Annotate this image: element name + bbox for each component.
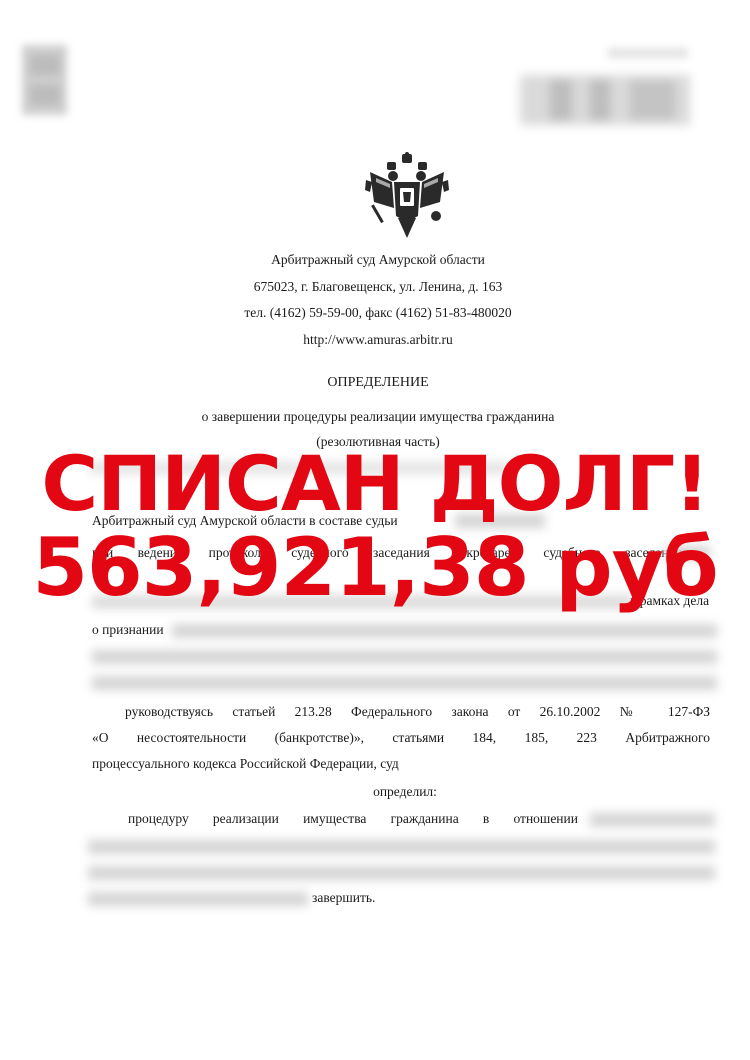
decision-line-start: процедуру реализации имущества гражданин… (128, 811, 578, 827)
debt-written-off-headline: СПИСАН ДОЛГ! (0, 446, 750, 522)
guided-line-3: процессуального кодекса Российской Федер… (92, 756, 399, 772)
decision-line-end: завершить. (312, 890, 375, 906)
recognition-line: о признании (92, 622, 164, 638)
document-subject: о завершении процедуры реализации имущес… (3, 409, 750, 425)
debtor-name-redacted-1 (590, 813, 715, 827)
court-contacts: тел. (4162) 59-59-00, факс (4162) 51-83-… (3, 305, 750, 321)
debtor-name-redacted-2 (88, 840, 715, 854)
coat-of-arms-icon (362, 152, 452, 240)
debtor-details-redacted-1 (172, 624, 717, 638)
ruled-heading: определил: (30, 784, 750, 800)
document-type: ОПРЕДЕЛЕНИЕ (3, 375, 750, 391)
debtor-details-redacted-2 (92, 650, 717, 664)
barcode-redacted (520, 75, 690, 125)
debtor-name-redacted-3 (88, 866, 715, 880)
court-name: Арбитражный суд Амурской области (3, 252, 750, 268)
debtor-name-redacted-4 (88, 892, 308, 906)
court-address: 675023, г. Благовещенск, ул. Ленина, д. … (3, 279, 750, 295)
debt-amount: 563,921,38 руб (0, 528, 750, 608)
court-website[interactable]: http://www.amuras.arbitr.ru (3, 332, 750, 348)
debtor-details-redacted-3 (92, 676, 717, 690)
qr-code-redacted (22, 45, 67, 115)
barcode-label-redacted (608, 48, 688, 58)
guided-line-1: руководствуясь статьей 213.28 Федерально… (125, 704, 710, 720)
guided-line-2: «О несостоятельности (банкротстве)», ста… (92, 730, 710, 746)
